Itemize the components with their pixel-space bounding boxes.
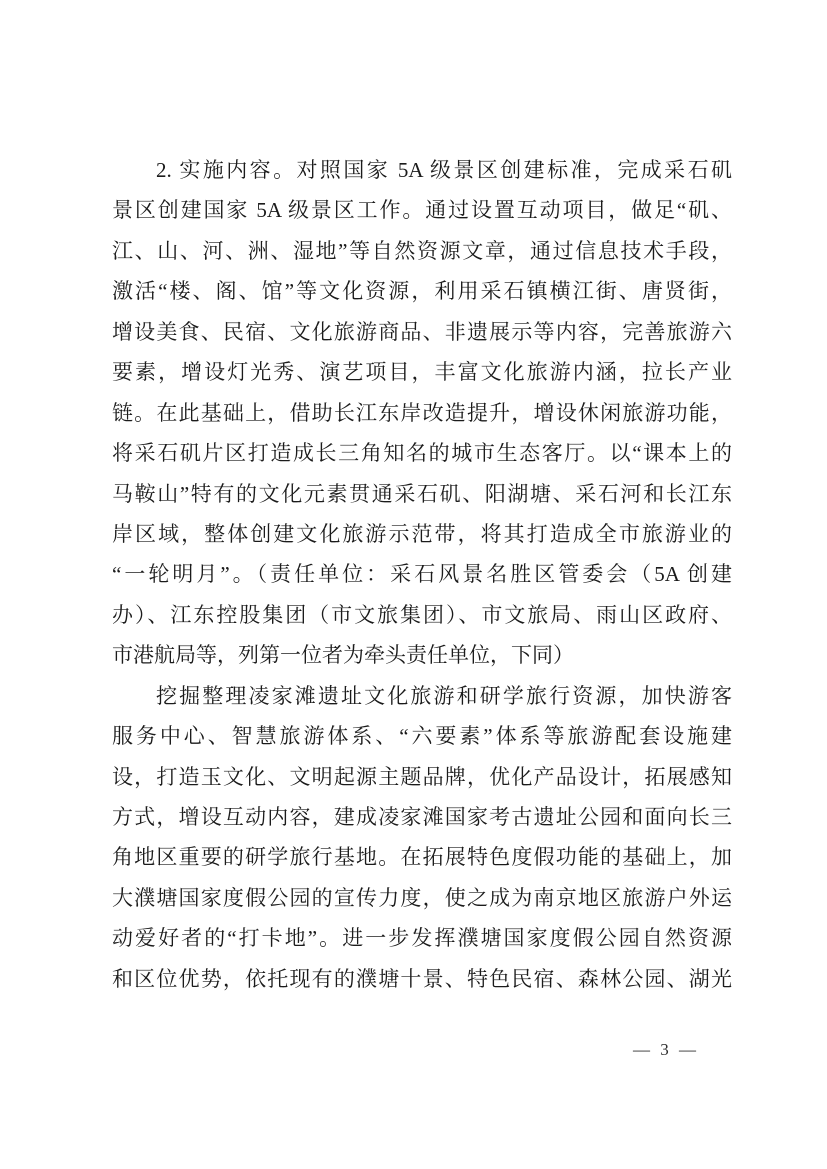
text-line: 马鞍山”特有的文化元素贯通采石矶、阳湖塘、采石河和长江东 — [112, 474, 732, 514]
text-line: 增设美食、民宿、文化旅游商品、非遗展示等内容，完善旅游六 — [112, 312, 732, 352]
text-line: 设，打造玉文化、文明起源主题品牌，优化产品设计，拓展感知 — [112, 757, 732, 797]
text-line: 服务中心、智慧旅游体系、“六要素”体系等旅游配套设施建 — [112, 716, 732, 756]
page-number: — 3 — — [633, 1040, 699, 1060]
document-page: 2. 实施内容。对照国家 5A 级景区创建标准，完成采石矶 景区创建国家 5A … — [0, 0, 827, 1169]
text-line: 挖掘整理凌家滩遗址文化旅游和研学旅行资源，加快游客 — [112, 676, 732, 716]
text-line: 动爱好者的“打卡地”。进一步发挥濮塘国家度假公园自然资源 — [112, 918, 732, 958]
paragraph-1: 2. 实施内容。对照国家 5A 级景区创建标准，完成采石矶 景区创建国家 5A … — [112, 150, 732, 676]
text-line: 方式，增设互动内容，建成凌家滩国家考古遗址公园和面向长三 — [112, 797, 732, 837]
text-line: 办）、江东控股集团（市文旅集团）、市文旅局、雨山区政府、 — [112, 595, 732, 635]
paragraph-2: 挖掘整理凌家滩遗址文化旅游和研学旅行资源，加快游客 服务中心、智慧旅游体系、“六… — [112, 676, 732, 1000]
text-block: 2. 实施内容。对照国家 5A 级景区创建标准，完成采石矶 景区创建国家 5A … — [112, 150, 732, 999]
text-line: 岸区域，整体创建文化旅游示范带，将其打造成全市旅游业的 — [112, 514, 732, 554]
text-line: 角地区重要的研学旅行基地。在拓展特色度假功能的基础上，加 — [112, 837, 732, 877]
text-line: 大濮塘国家度假公园的宣传力度，使之成为南京地区旅游户外运 — [112, 878, 732, 918]
text-line: 江、山、河、洲、湿地”等自然资源文章，通过信息技术手段， — [112, 231, 732, 271]
text-line: 要素，增设灯光秀、演艺项目，丰富文化旅游内涵，拉长产业 — [112, 352, 732, 392]
text-line: 市港航局等，列第一位者为牵头责任单位，下同） — [112, 635, 732, 675]
text-line: 和区位优势，依托现有的濮塘十景、特色民宿、森林公园、湖光 — [112, 959, 732, 999]
text-line: “一轮明月”。（责任单位：采石风景名胜区管委会（5A 创建 — [112, 554, 732, 594]
text-line: 链。在此基础上，借助长江东岸改造提升，增设休闲旅游功能， — [112, 393, 732, 433]
text-line: 激活“楼、阁、馆”等文化资源，利用采石镇横江街、唐贤街， — [112, 271, 732, 311]
text-line: 景区创建国家 5A 级景区工作。通过设置互动项目，做足“矶、 — [112, 190, 732, 230]
text-line: 2. 实施内容。对照国家 5A 级景区创建标准，完成采石矶 — [112, 150, 732, 190]
text-line: 将采石矶片区打造成长三角知名的城市生态客厅。以“课本上的 — [112, 433, 732, 473]
